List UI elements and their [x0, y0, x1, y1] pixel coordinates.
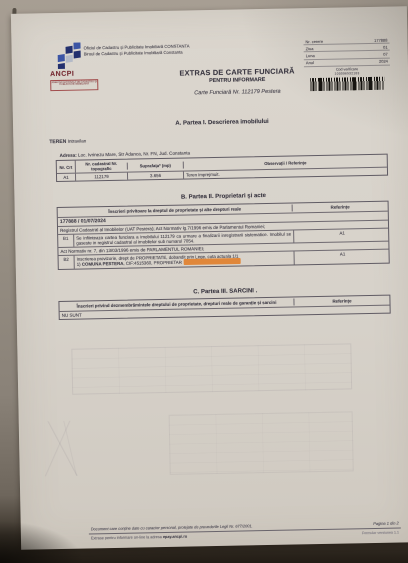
b1-id: B1 [58, 235, 74, 247]
owner-details: , CIF:4515360, PROPRIETAR [123, 260, 182, 266]
ancpi-logo-text: ANCPI [50, 70, 94, 78]
request-value: 2024 [352, 59, 388, 65]
section-a-heading: A. Partea I. Descrierea imobilului [53, 117, 391, 129]
request-label: Luna [306, 52, 352, 58]
sarcini-table: Înscrieri privind dezmembrămintele drept… [58, 295, 390, 320]
header-observatii: Observații / Referințe [183, 157, 387, 168]
b1-referinte: A1 [294, 229, 390, 243]
cell-cadastral: 112179 [75, 173, 127, 181]
request-label: Nr. cerere [305, 38, 351, 44]
b2-id: B2 [59, 256, 75, 269]
request-value: 01 [352, 44, 388, 50]
barcode [310, 76, 384, 90]
request-label: Ziua [306, 45, 352, 51]
ancpi-logo-icon [51, 42, 85, 69]
office-lines: Oficiul de Cadastru și Publicitate Imobi… [84, 43, 234, 58]
request-value: 177888 [351, 37, 387, 43]
request-value: 07 [352, 52, 388, 58]
footer-form-version: Formular versiunea 1.1 [321, 530, 399, 535]
showthrough-marks [41, 420, 87, 476]
header-suprafata: Suprafața* (mp) [127, 161, 183, 169]
land-type-label: TEREN [49, 139, 66, 145]
header-nr-crt: Nr. Crt [57, 163, 75, 170]
ancpi-logo-subtext: AGENȚIA NAȚIONALĂ DE CADASTRU ȘI PUBLICI… [50, 79, 98, 90]
footer-online-url: epay.ancpi.ro [163, 535, 187, 539]
sarcini-col-referinte: Referințe [293, 297, 389, 306]
request-label: Anul [306, 59, 352, 65]
land-type-line: TEREN Intravilan [49, 138, 86, 145]
page2-showthrough-table [169, 411, 354, 475]
cell-crt: A1 [57, 174, 75, 181]
cell-suprafata: 3.656 [127, 172, 183, 180]
owner-name: COMUNA PESTERA [82, 261, 124, 267]
footer-online-text: Extrase pentru informare on-line la adre… [91, 535, 163, 540]
redaction-highlight [184, 258, 241, 265]
request-info-box: Nr. cerere 177888 Ziua 01 Luna 07 Anul 2… [303, 37, 390, 91]
owners-table: Înscrieri privitoare la dreptul de propr… [57, 201, 390, 270]
footer-page-number: Pagina 1 din 2 [321, 520, 399, 526]
page2-showthrough-table [71, 343, 352, 394]
b2-text: Inscrierea provizorie, drept de PROPRIET… [75, 251, 295, 268]
document-page: ANCPI AGENȚIA NAȚIONALĂ DE CADASTRU ȘI P… [11, 6, 408, 550]
address-value: Loc. Ivrinezu Mare, Str Adanca, Nr. FN, … [78, 150, 190, 157]
owners-col-referinte: Referințe [292, 203, 388, 212]
b2-referinte: A1 [295, 250, 391, 265]
photo-canvas: ANCPI AGENȚIA NAȚIONALĂ DE CADASTRU ȘI P… [0, 0, 408, 563]
land-type-value: Intravilan [68, 138, 87, 143]
header-cadastral: Nr. cadastral Nr. topografic [75, 160, 127, 173]
address-label: Adresa: [60, 153, 77, 158]
request-row: Anul 2024 [304, 58, 390, 67]
